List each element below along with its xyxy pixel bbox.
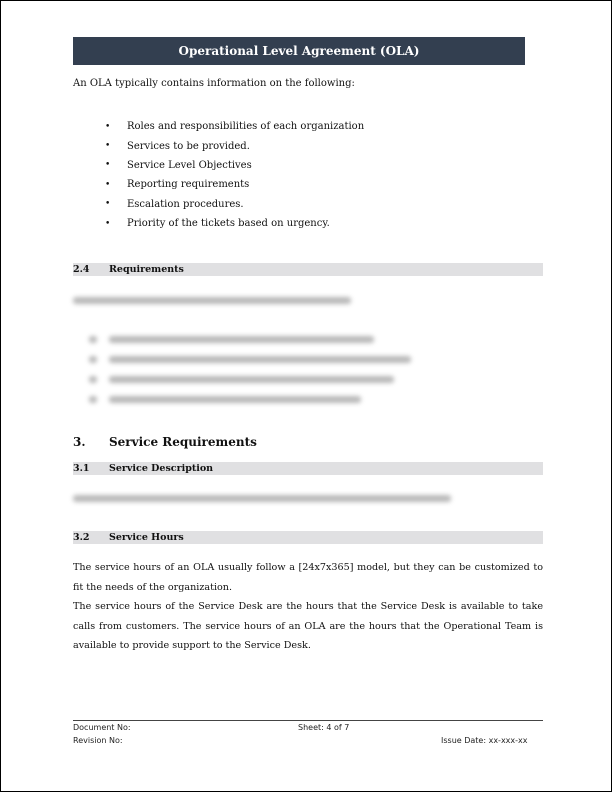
blurred-bullet [89,336,97,343]
document-title: Operational Level Agreement (OLA) [179,44,420,58]
blurred-bullet [89,376,97,383]
section-heading-requirements: 2.4 Requirements [73,263,543,276]
blurred-bullet [89,396,97,403]
footer-document-no: Document No: [73,723,131,732]
blurred-text [73,297,351,304]
list-item: •Escalation procedures. [105,195,364,214]
document-title-banner: Operational Level Agreement (OLA) [73,37,525,65]
blurred-text [109,396,361,403]
blurred-bullet [89,356,97,363]
list-item: •Reporting requirements [105,175,364,194]
footer-revision-no: Revision No: [73,736,123,745]
list-item: •Priority of the tickets based on urgenc… [105,214,364,233]
bullet-icon: • [105,141,127,151]
list-item: •Roles and responsibilities of each orga… [105,117,364,136]
bullet-icon: • [105,122,127,132]
blurred-text [73,495,451,502]
footer-sheet: Sheet: 4 of 7 [298,723,349,732]
ola-contents-list: •Roles and responsibilities of each orga… [105,117,364,233]
blurred-text [109,356,411,363]
list-item: •Services to be provided. [105,136,364,155]
bullet-icon: • [105,199,127,209]
footer-issue-date: Issue Date: xx-xxx-xx [441,736,528,745]
section-heading-service-description: 3.1 Service Description [73,462,543,475]
section-heading-service-hours: 3.2 Service Hours [73,531,543,544]
bullet-icon: • [105,160,127,170]
list-item: •Service Level Objectives [105,156,364,175]
section-heading-service-requirements: 3. Service Requirements [73,435,257,449]
service-hours-paragraph-1: The service hours of an OLA usually foll… [73,558,543,597]
bullet-icon: • [105,180,127,190]
footer-divider [73,720,543,721]
intro-text: An OLA typically contains information on… [73,78,355,89]
service-hours-paragraph-2: The service hours of the Service Desk ar… [73,597,543,656]
bullet-icon: • [105,219,127,229]
document-page: Operational Level Agreement (OLA) An OLA… [0,0,612,792]
blurred-text [109,336,374,343]
blurred-text [109,376,394,383]
